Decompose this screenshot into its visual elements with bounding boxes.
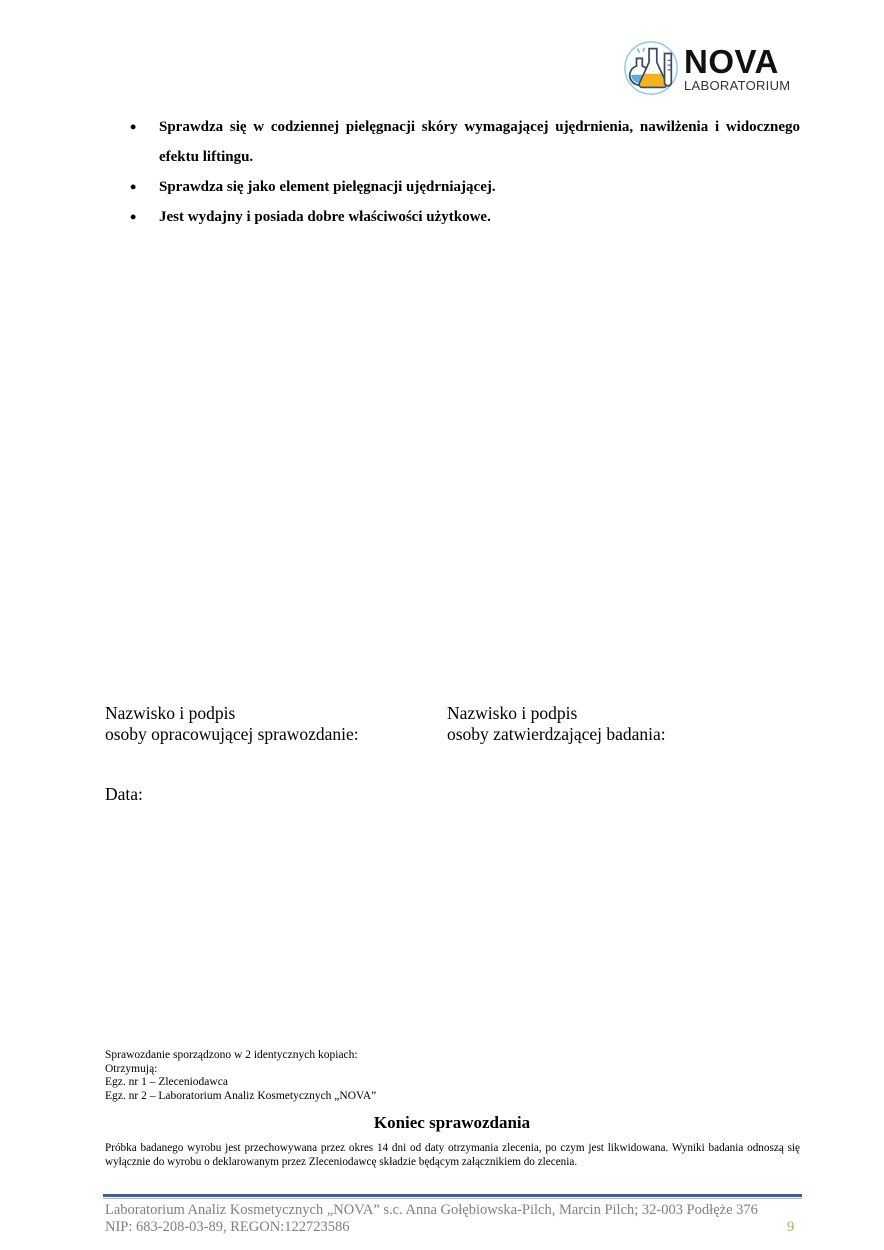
list-item: Jest wydajny i posiada dobre właściwości… <box>130 202 800 232</box>
nova-logo: NOVA LABORATORIUM <box>622 38 802 98</box>
end-of-report-title: Koniec sprawozdania <box>0 1113 884 1133</box>
copies-line: Egz. nr 2 – Laboratorium Analiz Kosmetyc… <box>105 1090 376 1104</box>
logo-subtitle: LABORATORIUM <box>684 79 790 92</box>
list-item: Sprawdza się jako element pielęgnacji uj… <box>130 172 800 202</box>
date-label: Data: <box>105 784 143 805</box>
footer-company-info: Laboratorium Analiz Kosmetycznych „NOVA”… <box>105 1202 758 1236</box>
copies-info: Sprawozdanie sporządzono w 2 identycznyc… <box>105 1049 376 1103</box>
list-item: Sprawdza się w codziennej pielęgnacji sk… <box>130 112 800 172</box>
footer-tax-ids: NIP: 683-208-03-89, REGON:122723586 <box>105 1219 758 1236</box>
signature-preparer: Nazwisko i podpis osoby opracowującej sp… <box>105 703 359 745</box>
copies-line: Sprawozdanie sporządzono w 2 identycznyc… <box>105 1049 376 1063</box>
footer-divider <box>103 1194 802 1199</box>
signature-role: osoby zatwierdzającej badania: <box>447 724 666 745</box>
signature-label: Nazwisko i podpis <box>447 703 666 724</box>
sample-note: Próbka badanego wyrobu jest przechowywan… <box>105 1142 800 1169</box>
signature-approver: Nazwisko i podpis osoby zatwierdzającej … <box>447 703 666 745</box>
logo-name: NOVA <box>684 45 790 78</box>
footer-address: Laboratorium Analiz Kosmetycznych „NOVA”… <box>105 1202 758 1219</box>
lab-flasks-icon <box>622 39 680 97</box>
page-number: 9 <box>787 1219 794 1236</box>
copies-line: Otrzymują: <box>105 1063 376 1077</box>
features-list: Sprawdza się w codziennej pielęgnacji sk… <box>130 112 800 232</box>
signature-role: osoby opracowującej sprawozdanie: <box>105 724 359 745</box>
signature-label: Nazwisko i podpis <box>105 703 359 724</box>
copies-line: Egz. nr 1 – Zleceniodawca <box>105 1076 376 1090</box>
